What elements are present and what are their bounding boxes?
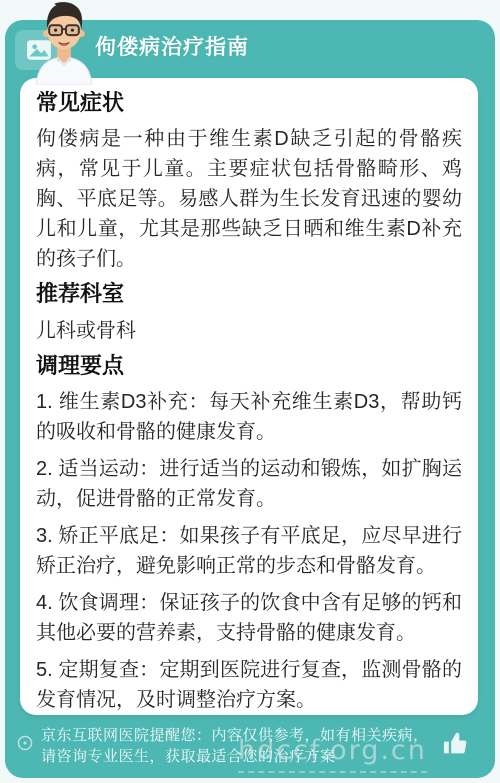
info-circle-icon xyxy=(17,735,33,751)
section-heading-symptoms: 常见症状 xyxy=(36,90,462,116)
watermark: hdccf.org.cn xyxy=(238,735,427,773)
care-item-2: 2. 适当运动：进行适当的运动和锻炼，如扩胸运动，促进骨骼的正常发育。 xyxy=(36,454,462,514)
care-item-4: 4. 饮食调理：保证孩子的饮食中含有足够的钙和其他必要的营养素，支持骨骼的健康发… xyxy=(36,588,462,648)
doctor-avatar xyxy=(24,1,104,85)
symptoms-text: 佝偻病是一种由于维生素D缺乏引起的骨骼疾病，常见于儿童。主要症状包括骨骼畸形、鸡… xyxy=(36,124,462,274)
care-item-3: 3. 矫正平底足：如果孩子有平底足，应尽早进行矫正治疗，避免影响正常的步态和骨骼… xyxy=(36,521,462,581)
department-text: 儿科或骨科 xyxy=(36,316,462,346)
care-item-1: 1. 维生素D3补充：每天补充维生素D3，帮助钙的吸收和骨骼的健康发育。 xyxy=(36,387,462,447)
thumbs-up-icon[interactable] xyxy=(441,730,469,758)
care-item-5: 5. 定期复查：定期到医院进行复查，监测骨骼的发育情况，及时调整治疗方案。 xyxy=(36,655,462,715)
content-card: 常见症状 佝偻病是一种由于维生素D缺乏引起的骨骼疾病，常见于儿童。主要症状包括骨… xyxy=(20,78,478,715)
section-heading-care: 调理要点 xyxy=(36,353,462,379)
card-frame: 佝偻病治疗指南 常见症状 佝偻病是一种由于维生素D缺乏引起的骨骼疾病，常见于儿童… xyxy=(5,20,495,778)
page-title: 佝偻病治疗指南 xyxy=(95,33,249,63)
section-heading-department: 推荐科室 xyxy=(36,281,462,307)
